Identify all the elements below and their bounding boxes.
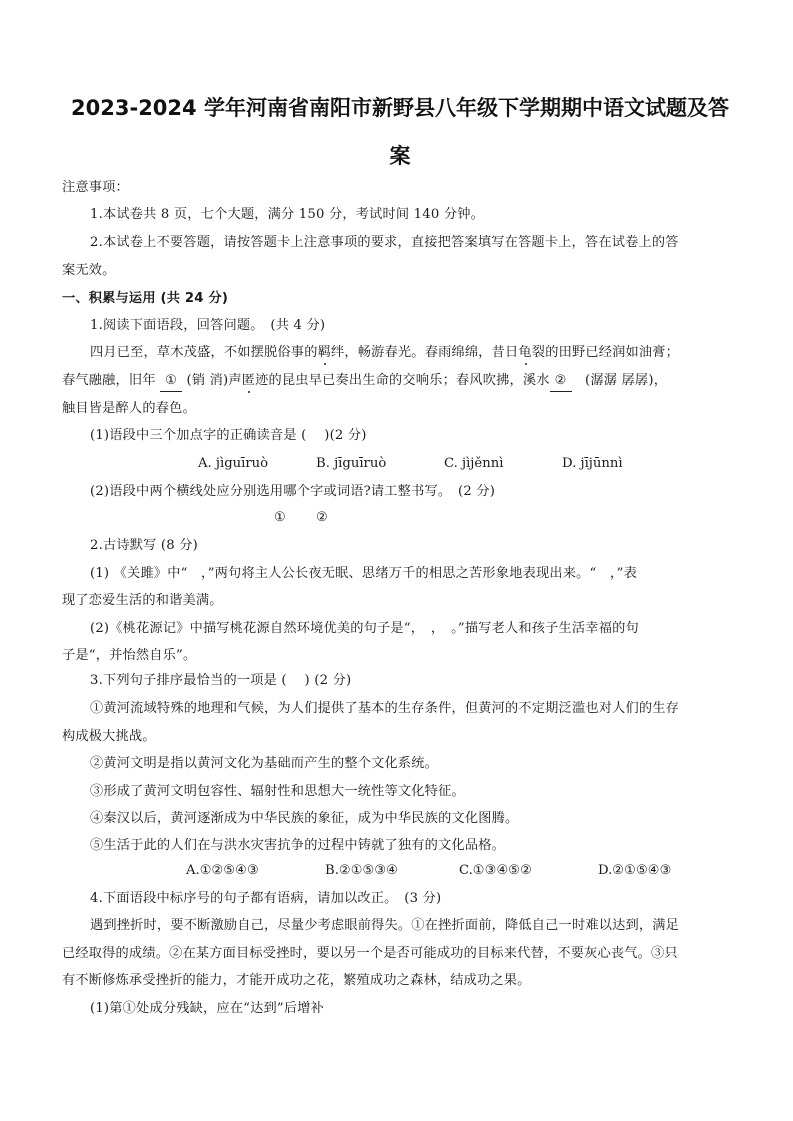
text: 裂的田野已经润如油膏； (532, 345, 679, 360)
document-title-line1: 2023-2024 学年河南省南阳市新野县八年级下学期期中语文试题及答 (60, 92, 740, 122)
text: 四月已至，草木茂盛，不如摆脱俗事的 (90, 345, 318, 360)
q3-sentence-5: ⑤生活于此的人们在与洪水灾害抗争的过程中铸就了独有的文化品格。 (90, 836, 770, 856)
dotted-char: 羁 (318, 345, 331, 360)
q1-paragraph-line3: 触目皆是醉人的春色。 (62, 399, 742, 419)
exam-page: 2023-2024 学年河南省南阳市新野县八年级下学期期中语文试题及答 案 注意… (0, 0, 793, 1121)
q2-sub1-line2: 现了恋爱生活的和谐美满。 (62, 591, 742, 611)
q3-sentence-1-line2: 构成极大挑战。 (62, 727, 742, 747)
q2-sub2-line2: 子是“，并怡然自乐”。 (62, 646, 742, 666)
q3-sentence-4: ④秦汉以后，黄河逐渐成为中华民族的象征，成为中华民族的文化图腾。 (90, 809, 770, 829)
q1-answer-blank-2: ② (316, 508, 328, 528)
q1-option-b: B. jīguīruò (316, 454, 386, 474)
section-heading: 一、积累与运用 (共 24 分) (62, 289, 742, 309)
notice-item-2-cont: 案无效。 (62, 261, 742, 281)
q4-paragraph-line1: 遇到挫折时，要不断激励自己，尽量少考虑眼前得失。①在挫折面前，降低自己一时难以达… (90, 916, 770, 936)
blank-1: ① (160, 371, 182, 392)
q1-paragraph-line2: 春气融融，旧年 ① (销 消)声匿迹的昆虫早已奏出生命的交响乐；春风吹拂，溪水②… (62, 371, 742, 392)
q3-sentence-1-line1: ①黄河流域特殊的地理和气候，为人们提供了基本的生存条件，但黄河的不定期泛滥也对人… (90, 699, 770, 719)
q2-prompt: 2.古诗默写 (8 分) (90, 536, 770, 556)
text: (销 消)声 (182, 373, 242, 388)
q4-paragraph-line3: 有不断修炼承受挫折的能力，才能开成功之花，繁殖成功之森林，结成功之果。 (62, 971, 742, 991)
q3-option-c: C.①③④⑤② (459, 861, 532, 881)
text: 绊，畅游春光。春雨绵绵，昔日 (331, 345, 518, 360)
blank-2: ② (550, 371, 572, 392)
q2-sub1-line1: (1) 《关雎》中“ ，”两句将主人公长夜无眠、思绪万千的相思之苦形象地表现出来… (90, 564, 770, 584)
q2-sub2-line1: (2)《桃花源记》中描写桃花源自然环境优美的句子是“， ， 。”描写老人和孩子生… (90, 619, 770, 639)
document-title-line2: 案 (60, 140, 740, 170)
notice-heading: 注意事项： (62, 178, 742, 198)
q4-paragraph-line2: 已经取得的成绩。②在某方面目标受挫时，要以另一个是否可能成功的目标来代替，不要灰… (62, 944, 742, 964)
notice-item-2: 2.本试卷上不要答题，请按答题卡上注意事项的要求，直接把答案填写在答题卡上，答在… (90, 233, 770, 253)
text: 迹的昆虫早已奏出生命的交响乐；春风吹拂，溪水 (255, 373, 550, 388)
q4-prompt: 4.下面语段中标序号的句子都有语病，请加以改正。 (3 分) (90, 889, 770, 909)
q1-sub1: (1)语段中三个加点字的正确读音是 ( )(2 分) (90, 426, 770, 446)
q1-prompt: 1.阅读下面语段，回答问题。 (共 4 分) (90, 316, 770, 336)
q1-sub2: (2)语段中两个横线处应分别选用哪个字或词语?请工整书写。 (2 分) (90, 482, 770, 502)
notice-item-1: 1.本试卷共 8 页，七个大题，满分 150 分，考试时间 140 分钟。 (90, 205, 770, 225)
q4-sub1: (1)第①处成分残缺，应在“达到”后增补 (90, 999, 770, 1019)
text: (潺潺 孱孱)， (572, 373, 667, 388)
q3-sentence-3: ③形成了黄河文明包容性、辐射性和思想大一统性等文化特征。 (90, 782, 770, 802)
q1-answer-blank-1: ① (274, 508, 286, 528)
q3-prompt: 3.下列句子排序最恰当的一项是 ( ) (2 分) (90, 671, 770, 691)
q1-option-c: C. jìjěnnì (444, 454, 503, 474)
q3-option-b: B.②①⑤③④ (325, 861, 398, 881)
q1-paragraph-line1: 四月已至，草木茂盛，不如摆脱俗事的羁绊，畅游春光。春雨绵绵，昔日龟裂的田野已经润… (90, 343, 770, 363)
q1-option-a: A. jìguīruò (198, 454, 268, 474)
q3-sentence-2: ②黄河文明是指以黄河文化为基础而产生的整个文化系统。 (90, 754, 770, 774)
q1-option-d: D. jījūnnì (562, 454, 623, 474)
q3-option-a: A.①②⑤④③ (186, 861, 259, 881)
q3-option-d: D.②①⑤④③ (598, 861, 671, 881)
dotted-char: 龟 (518, 345, 531, 360)
text: 春气融融，旧年 (62, 373, 160, 388)
dotted-char: 匿 (242, 373, 255, 388)
